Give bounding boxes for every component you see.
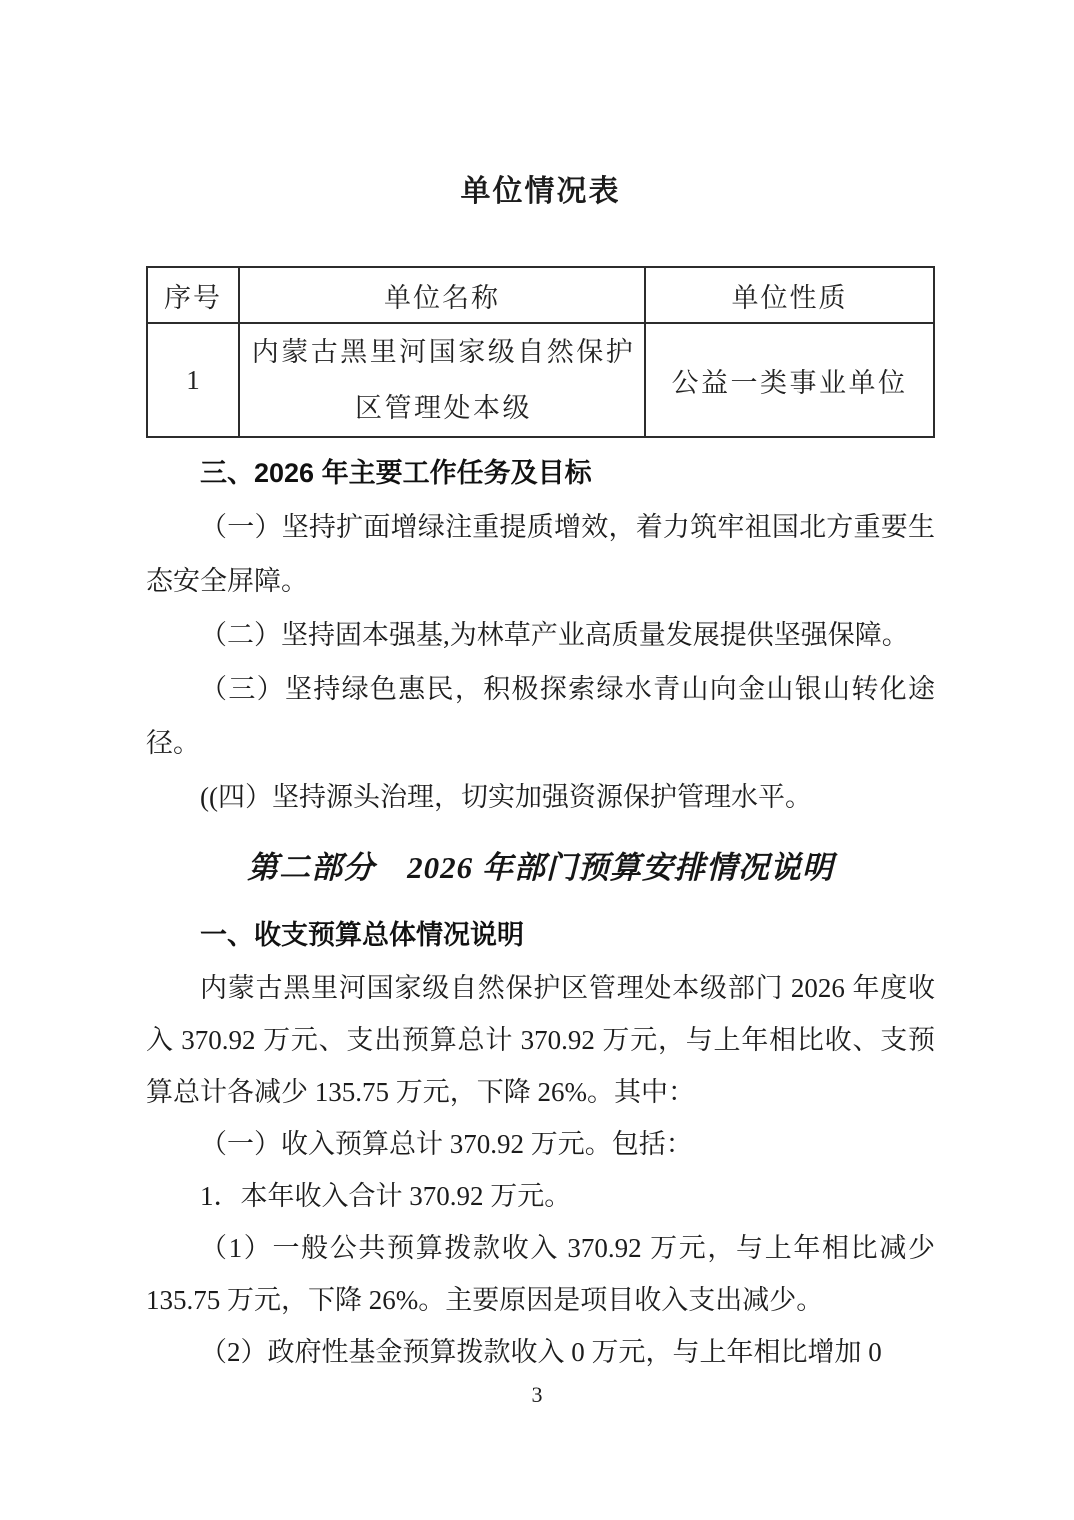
cell-unit-type: 公益一类事业单位 <box>645 323 934 437</box>
section-heading-work-tasks: 三、2026 年主要工作任务及目标 <box>146 446 935 500</box>
col-header-unit-name: 单位名称 <box>239 267 645 323</box>
table-title: 单位情况表 <box>146 170 935 214</box>
paragraph-year-income: 1．本年收入合计 370.92 万元。 <box>146 1170 935 1222</box>
page-number: 3 <box>0 1382 1074 1408</box>
paragraph-task-3: （三）坚持绿色惠民，积极探索绿水青山向金山银山转化途径。 <box>146 662 935 770</box>
paragraph-income-total: （一）收入预算总计 370.92 万元。包括： <box>146 1118 935 1170</box>
budget-overview-section: 一、收支预算总体情况说明 内蒙古黑里河国家级自然保护区管理处本级部门 2026 … <box>146 908 935 1378</box>
part2-heading: 第二部分 2026 年部门预算安排情况说明 <box>146 838 935 898</box>
table-header-row: 序号 单位名称 单位性质 <box>147 267 934 323</box>
unit-info-table: 序号 单位名称 单位性质 1 内蒙古黑里河国家级自然保护区管理处本级 公益一类事… <box>146 266 935 438</box>
paragraph-general-budget-income: （1）一般公共预算拨款收入 370.92 万元，与上年相比减少 135.75 万… <box>146 1222 935 1326</box>
cell-index: 1 <box>147 323 239 437</box>
section-heading-budget-overview: 一、收支预算总体情况说明 <box>146 908 935 962</box>
paragraph-budget-summary: 内蒙古黑里河国家级自然保护区管理处本级部门 2026 年度收入 370.92 万… <box>146 962 935 1118</box>
col-header-index: 序号 <box>147 267 239 323</box>
paragraph-gov-fund-income: （2）政府性基金预算拨款收入 0 万元，与上年相比增加 0 <box>146 1326 935 1378</box>
paragraph-task-4: ((四）坚持源头治理，切实加强资源保护管理水平。 <box>146 770 935 824</box>
table-row: 1 内蒙古黑里河国家级自然保护区管理处本级 公益一类事业单位 <box>147 323 934 437</box>
paragraph-task-1: （一）坚持扩面增绿注重提质增效，着力筑牢祖国北方重要生态安全屏障。 <box>146 500 935 608</box>
cell-unit-name: 内蒙古黑里河国家级自然保护区管理处本级 <box>239 323 645 437</box>
document-page: 单位情况表 序号 单位名称 单位性质 1 内蒙古黑里河国家级自然保护区管理处本级… <box>0 0 1074 1520</box>
col-header-unit-type: 单位性质 <box>645 267 934 323</box>
paragraph-task-2: （二）坚持固本强基,为林草产业高质量发展提供坚强保障。 <box>146 608 935 662</box>
